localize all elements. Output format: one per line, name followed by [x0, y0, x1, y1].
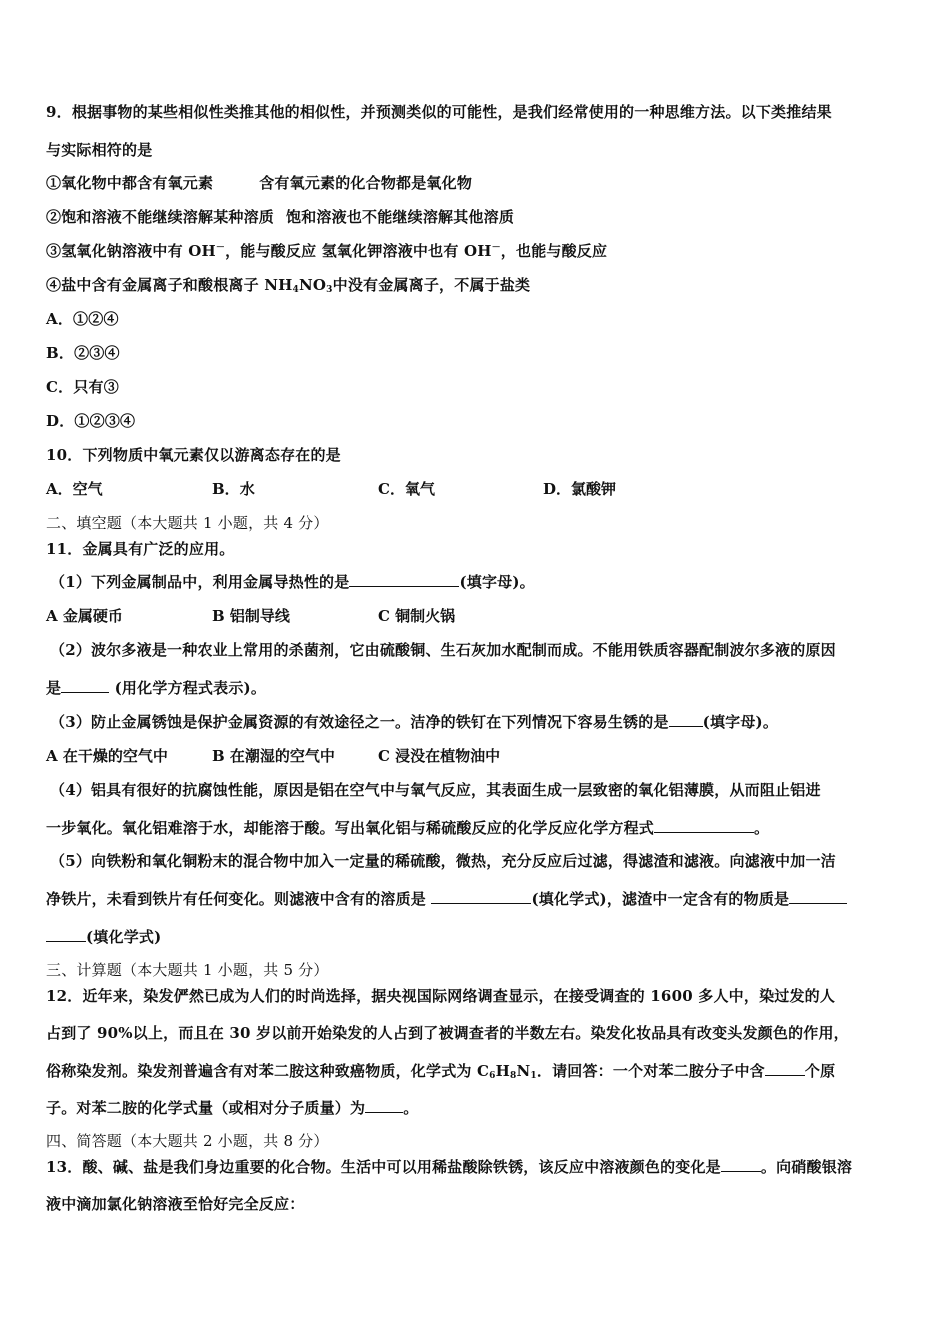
q11-part5-line1: （5）向铁粉和氧化铜粉末的混合物中加入一定量的稀硫酸，微热，充分反应后过滤，得滤… [50, 851, 836, 871]
q9-option-c[interactable]: C．只有③ [46, 377, 119, 397]
q13-line2: 液中滴加氯化钠溶液至恰好完全反应： [46, 1194, 304, 1214]
option-text: 水 [240, 480, 255, 498]
q10-stem: 10．下列物质中氧元素仅以游离态存在的是 [46, 445, 341, 465]
answer-blank[interactable] [431, 889, 531, 904]
part-text: 一步氧化。氧化铝难溶于水，却能溶于酸。写出氧化铝与稀硫酸反应的化学反应化学方程式 [46, 819, 654, 837]
line-text: 俗称染发剂。染发剂普遍含有对苯二胺这种致癌物质，化学式为 C [46, 1062, 489, 1080]
part-tail: (填化学式) [86, 928, 161, 946]
statement-number: ① [46, 174, 61, 192]
option-text: ①②④ [73, 310, 119, 328]
statement-number: ② [46, 208, 61, 226]
line-text: 。向硝酸银溶 [761, 1158, 852, 1176]
q13-line1: 13．酸、碱、盐是我们身边重要的化合物。生活中可以用稀盐酸除铁锈，该反应中溶液颜… [46, 1157, 852, 1177]
q9-stem-line2: 与实际相符的是 [46, 140, 152, 160]
q10-option-b[interactable]: B．水 [212, 479, 255, 499]
q11-part4-line1: （4）铝具有很好的抗腐蚀性能，原因是铝在空气中与氧气反应，其表面生成一层致密的氧… [50, 780, 821, 800]
answer-blank[interactable] [669, 712, 703, 727]
statement-premise-tail: ，能与酸反应 [225, 242, 316, 260]
statement-inference: 饱和溶液也不能继续溶解其他溶质 [286, 208, 514, 226]
q12-line3: 俗称染发剂。染发剂普遍含有对苯二胺这种致癌物质，化学式为 C6H8N1．请回答：… [46, 1061, 835, 1081]
line-text: 。 [403, 1099, 418, 1117]
q10-option-c[interactable]: C．氧气 [378, 479, 435, 499]
option-label: B． [212, 480, 240, 498]
q9-option-b[interactable]: B．②③④ [46, 343, 120, 363]
section-heading-fill-in: 二、填空题（本大题共 1 小题，共 4 分） [46, 513, 329, 533]
section-heading-calculation: 三、计算题（本大题共 1 小题，共 5 分） [46, 960, 329, 980]
part-tail: (填字母)。 [459, 573, 534, 591]
answer-blank[interactable] [46, 927, 86, 942]
q11-p3-option-c[interactable]: C 浸没在植物油中 [378, 746, 500, 766]
q11-p3-option-a[interactable]: A 在干燥的空气中 [46, 746, 168, 766]
part-text: （3）防止金属锈蚀是保护金属资源的有效途径之一。洁净的铁钉在下列情况下容易生锈的… [50, 713, 669, 731]
q11-p1-option-a[interactable]: A 金属硬币 [46, 606, 123, 626]
answer-blank[interactable] [61, 678, 109, 693]
formula-part: N [516, 1062, 530, 1080]
line-text: 13．酸、碱、盐是我们身边重要的化合物。生活中可以用稀盐酸除铁锈，该反应中溶液颜… [46, 1158, 721, 1176]
q11-p1-option-b[interactable]: B 铝制导线 [212, 606, 290, 626]
part-text: （1）下列金属制品中，利用金属导热性的是 [50, 573, 349, 591]
q11-part5-line3: (填化学式) [46, 927, 161, 947]
answer-blank[interactable] [789, 889, 847, 904]
option-text: ②③④ [74, 344, 120, 362]
statement-number: ③ [46, 242, 61, 260]
statement-premise: 饱和溶液不能继续溶解某种溶质 [61, 208, 274, 226]
q11-part4-line2: 一步氧化。氧化铝难溶于水，却能溶于酸。写出氧化铝与稀硫酸反应的化学反应化学方程式… [46, 818, 769, 838]
q11-part3: （3）防止金属锈蚀是保护金属资源的有效途径之一。洁净的铁钉在下列情况下容易生锈的… [50, 712, 778, 732]
answer-blank[interactable] [721, 1157, 761, 1172]
answer-blank[interactable] [349, 572, 459, 587]
q11-p3-option-b[interactable]: B 在潮湿的空气中 [212, 746, 335, 766]
q12-line1: 12．近年来，染发俨然已成为人们的时尚选择，据央视国际网络调查显示，在接受调查的… [46, 986, 835, 1006]
line-text: 个原 [805, 1062, 835, 1080]
part-text: 净铁片，未看到铁片有任何变化。则滤液中含有的溶质是 [46, 890, 431, 908]
option-label: A． [46, 480, 73, 498]
q10-option-d[interactable]: D．氯酸钾 [543, 479, 616, 499]
option-text: ①②③④ [74, 412, 135, 430]
part-tail: (用化学方程式表示)。 [109, 679, 266, 697]
statement-text: 盐中含有金属离子和酸根离子 NH [61, 276, 292, 294]
formula-part: NO [299, 276, 326, 294]
part-tail: 。 [754, 819, 769, 837]
q9-option-d[interactable]: D．①②③④ [46, 411, 135, 431]
q9-statement-3: ③氢氧化钠溶液中有 OH－，能与酸反应 氢氧化钾溶液中也有 OH－，也能与酸反应 [46, 241, 607, 261]
q11-p1-option-c[interactable]: C 铜制火锅 [378, 606, 455, 626]
q9-statement-2: ②饱和溶液不能继续溶解某种溶质饱和溶液也不能继续溶解其他溶质 [46, 207, 514, 227]
q9-statement-4: ④盐中含有金属离子和酸根离子 NH4NO3中没有金属离子，不属于盐类 [46, 275, 530, 295]
statement-tail: 中没有金属离子，不属于盐类 [333, 276, 531, 294]
part-text: 是 [46, 679, 61, 697]
q12-line4: 子。对苯二胺的化学式量（或相对分子质量）为。 [46, 1098, 418, 1118]
option-text: 氧气 [405, 480, 435, 498]
q10-option-a[interactable]: A．空气 [46, 479, 103, 499]
line-text: 子。对苯二胺的化学式量（或相对分子质量）为 [46, 1099, 365, 1117]
answer-blank[interactable] [765, 1061, 805, 1076]
part-mid: (填化学式)，滤渣中一定含有的物质是 [531, 890, 789, 908]
option-label: C． [46, 378, 73, 396]
q11-part5-line2: 净铁片，未看到铁片有任何变化。则滤液中含有的溶质是 (填化学式)，滤渣中一定含有… [46, 889, 847, 909]
q11-part2-line2: 是 (用化学方程式表示)。 [46, 678, 266, 698]
statement-premise: 氧化物中都含有氧元素 [61, 174, 213, 192]
line-text: ．请回答：一个对苯二胺分子中含 [537, 1062, 765, 1080]
q11-part1: （1）下列金属制品中，利用金属导热性的是(填字母)。 [50, 572, 535, 592]
q11-stem: 11．金属具有广泛的应用。 [46, 539, 234, 559]
statement-inference-tail: ，也能与酸反应 [501, 242, 607, 260]
answer-blank[interactable] [654, 818, 754, 833]
q9-statement-1: ①氧化物中都含有氧元素含有氧元素的化合物都是氧化物 [46, 173, 472, 193]
q9-stem-line1: 9．根据事物的某些相似性类推其他的相似性，并预测类似的可能性，是我们经常使用的一… [46, 102, 832, 122]
formula-part: H [496, 1062, 510, 1080]
part-tail: (填字母)。 [703, 713, 778, 731]
charge-superscript: － [492, 243, 501, 253]
statement-inference: 含有氧元素的化合物都是氧化物 [259, 174, 472, 192]
q9-option-a[interactable]: A．①②④ [46, 309, 119, 329]
q12-line2: 占到了 90%以上，而且在 30 岁以前开始染发的人占到了被调查者的半数左右。染… [46, 1023, 849, 1043]
statement-inference: 氢氧化钾溶液中也有 OH [322, 242, 492, 260]
option-label: C． [378, 480, 405, 498]
option-text: 氯酸钾 [571, 480, 616, 498]
statement-number: ④ [46, 276, 61, 294]
exam-page: 9．根据事物的某些相似性类推其他的相似性，并预测类似的可能性，是我们经常使用的一… [0, 0, 950, 1344]
option-label: A． [46, 310, 73, 328]
section-heading-short-answer: 四、简答题（本大题共 2 小题，共 8 分） [46, 1131, 329, 1151]
statement-premise: 氢氧化钠溶液中有 OH [61, 242, 216, 260]
option-label: D． [543, 480, 571, 498]
charge-superscript: － [216, 243, 225, 253]
answer-blank[interactable] [365, 1098, 403, 1113]
option-label: B． [46, 344, 74, 362]
q11-part2-line1: （2）波尔多液是一种农业上常用的杀菌剂，它由硫酸铜、生石灰加水配制而成。不能用铁… [50, 640, 836, 660]
option-text: 空气 [73, 480, 103, 498]
option-label: D． [46, 412, 74, 430]
option-text: 只有③ [73, 378, 119, 396]
